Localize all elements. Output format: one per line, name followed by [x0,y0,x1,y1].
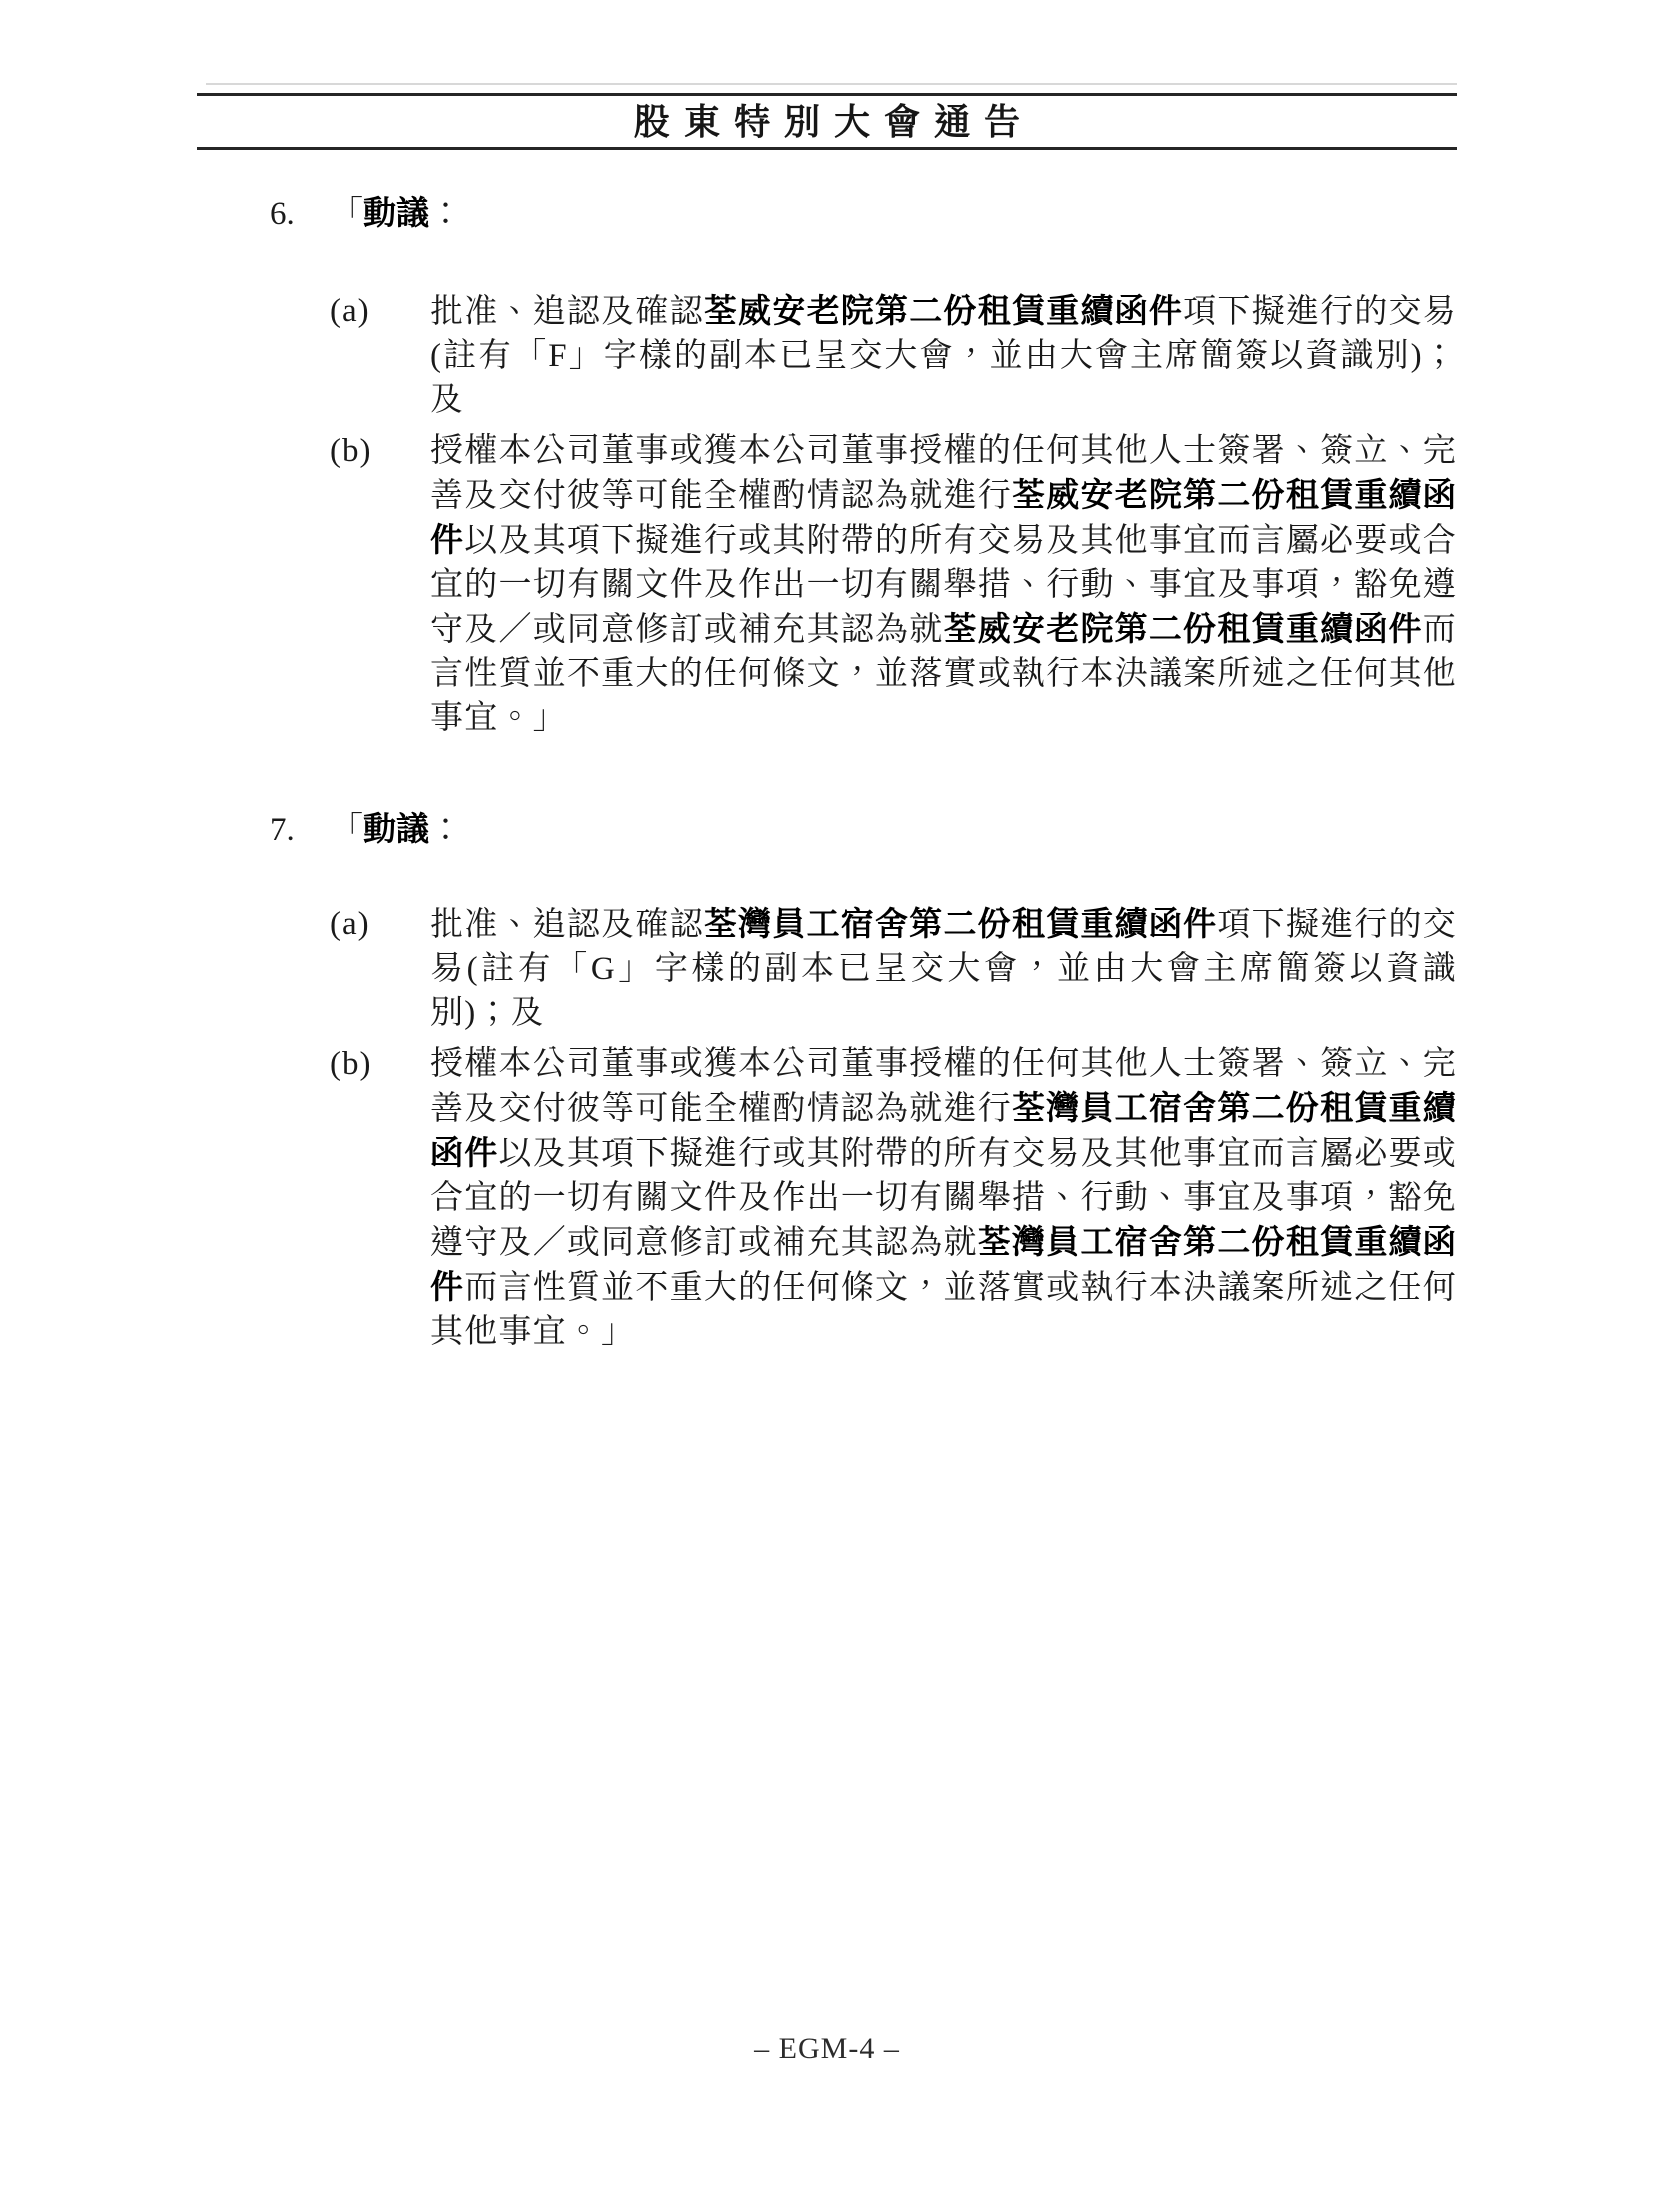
resolution-7-subitem-b: (b) 授權本公司董事或獲本公司董事授權的任何其他人士簽署、簽立、完善及交付彼等… [330,1042,1457,1354]
motion-word: 動議 [363,810,429,847]
page-number: – EGM-4 – [754,2032,900,2065]
defined-term: 荃威安老院第二份租賃重續函件 [704,292,1183,329]
motion-word: 動議 [363,194,429,231]
open-quote: 「 [330,196,363,232]
subitem-label: (b) [330,429,371,473]
text-segment: 而言性質並不重大的任何條文，並落實或執行本決議案所述之任何其他事宜。」 [430,1270,1457,1350]
colon: ： [429,812,462,848]
page-footer: – EGM-4 – [0,2031,1654,2067]
subitem-text: 批准、追認及確認荃灣員工宿舍第二份租賃重續函件項下擬進行的交易(註有「G」字樣的… [430,902,1457,1035]
open-quote: 「 [330,812,363,848]
colon: ： [429,196,462,232]
text-segment: 批准、追認及確認 [430,907,704,943]
page-title: 股東特別大會通告 [197,100,1457,144]
header-top-shadow-rule [206,83,1457,85]
resolution-6-subitem-a: (a) 批准、追認及確認荃威安老院第二份租賃重續函件項下擬進行的交易(註有「F」… [330,289,1457,422]
subitem-label: (a) [330,289,370,333]
resolution-number: 7. [270,808,330,852]
document-page: 股東特別大會通告 6.「動議： (a) 批准、追認及確認荃威安老院第二份租賃重續… [0,0,1654,2205]
resolution-6-subitem-b: (b) 授權本公司董事或獲本公司董事授權的任何其他人士簽署、簽立、完善及交付彼等… [330,429,1457,740]
subitem-text: 授權本公司董事或獲本公司董事授權的任何其他人士簽署、簽立、完善及交付彼等可能全權… [430,429,1457,740]
subitem-label: (a) [330,902,370,946]
resolution-6-heading: 6.「動議： [270,191,1457,236]
resolution-7-subitem-a: (a) 批准、追認及確認荃灣員工宿舍第二份租賃重續函件項下擬進行的交易(註有「G… [330,902,1457,1035]
subitem-text: 批准、追認及確認荃威安老院第二份租賃重續函件項下擬進行的交易(註有「F」字樣的副… [430,289,1457,422]
header-top-rule [197,93,1457,96]
subitem-text: 授權本公司董事或獲本公司董事授權的任何其他人士簽署、簽立、完善及交付彼等可能全權… [430,1042,1457,1354]
defined-term: 荃威安老院第二份租賃重續函件 [944,610,1423,647]
defined-term: 荃灣員工宿舍第二份租賃重續函件 [704,905,1218,942]
text-segment: 批准、追認及確認 [430,294,704,330]
resolution-7-heading: 7.「動議： [270,807,1457,852]
header-bottom-rule [197,147,1457,150]
resolution-number: 6. [270,192,330,236]
subitem-label: (b) [330,1042,371,1086]
